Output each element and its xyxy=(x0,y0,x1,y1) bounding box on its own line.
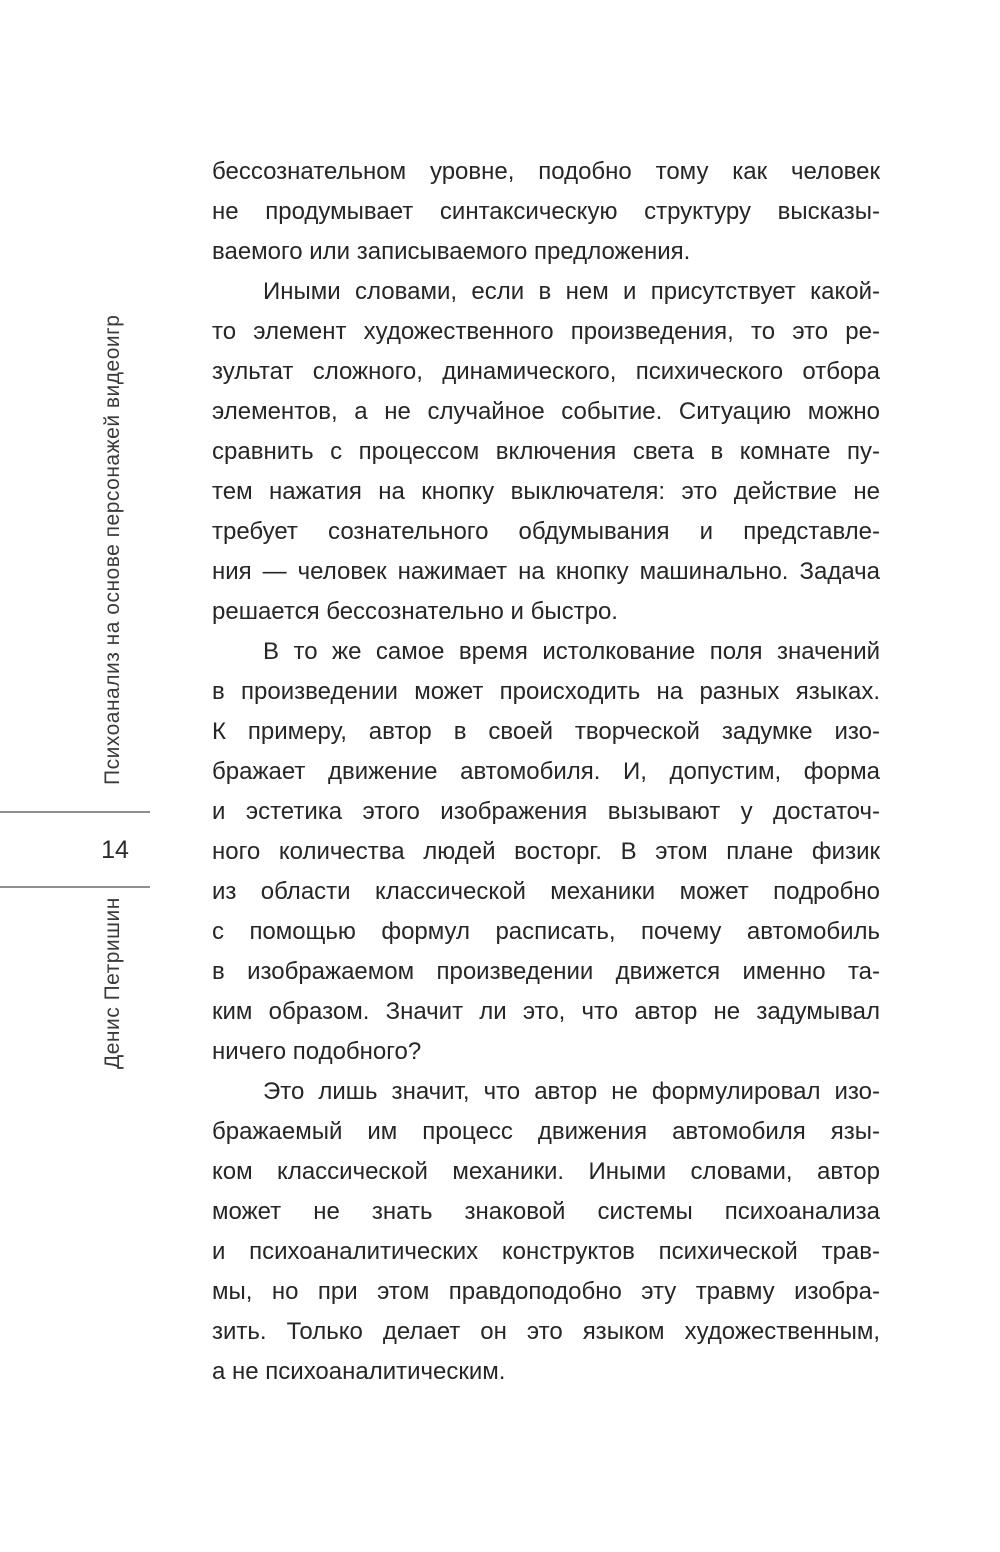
book-page: Психоанализ на основе персонажей видеоиг… xyxy=(0,0,1000,1552)
text-line: ком классической механики. Иными словами… xyxy=(212,1152,880,1192)
text-line: зить. Только делает он это языком художе… xyxy=(212,1312,880,1352)
text-line: ким образом. Значит ли это, что автор не… xyxy=(212,992,880,1032)
text-line: и эстетика этого изображения вызывают у … xyxy=(212,792,880,832)
paragraph: В то же самое время истолкование поля зн… xyxy=(212,632,880,1072)
text-line: тем нажатия на кнопку выключателя: это д… xyxy=(212,472,880,512)
text-line: Это лишь значит, что автор не формулиров… xyxy=(212,1072,880,1112)
text-line: мы, но при этом правдоподобно эту травму… xyxy=(212,1272,880,1312)
text-line: ваемого или записываемого предложения. xyxy=(212,232,880,272)
text-line: бражает движение автомобиля. И, допустим… xyxy=(212,752,880,792)
text-line: Иными словами, если в нем и присутствует… xyxy=(212,272,880,312)
running-head-author: Денис Петришин xyxy=(98,893,128,1073)
divider-line-top xyxy=(0,811,150,813)
text-line: К примеру, автор в своей творческой заду… xyxy=(212,712,880,752)
text-line: ного количества людей восторг. В этом пл… xyxy=(212,832,880,872)
text-line: решается бессознательно и быстро. xyxy=(212,592,880,632)
text-line: бражаемый им процесс движения автомобиля… xyxy=(212,1112,880,1152)
text-line: и психоаналитических конструктов психиче… xyxy=(212,1232,880,1272)
text-line: в произведении может происходить на разн… xyxy=(212,672,880,712)
paragraph: Это лишь значит, что автор не формулиров… xyxy=(212,1072,880,1392)
text-line: из области классической механики может п… xyxy=(212,872,880,912)
text-line: зультат сложного, динамического, психиче… xyxy=(212,352,880,392)
text-line: ничего подобного? xyxy=(212,1032,880,1072)
text-line: сравнить с процессом включения света в к… xyxy=(212,432,880,472)
text-line: а не психоаналитическим. xyxy=(212,1352,880,1392)
text-line: бессознательном уровне, подобно тому как… xyxy=(212,152,880,192)
body-text: бессознательном уровне, подобно тому как… xyxy=(212,152,880,1392)
page-number: 14 xyxy=(80,835,150,865)
text-line: не продумывает синтаксическую структуру … xyxy=(212,192,880,232)
text-line: то элемент художественного произведения,… xyxy=(212,312,880,352)
text-line: в изображаемом произведении движется име… xyxy=(212,952,880,992)
running-head-book-title: Психоанализ на основе персонажей видеоиг… xyxy=(98,305,128,795)
text-line: может не знать знаковой системы психоана… xyxy=(212,1192,880,1232)
text-line: В то же самое время истолкование поля зн… xyxy=(212,632,880,672)
text-line: требует сознательного обдумывания и пред… xyxy=(212,512,880,552)
text-line: с помощью формул расписать, почему автом… xyxy=(212,912,880,952)
paragraph: Иными словами, если в нем и присутствует… xyxy=(212,272,880,632)
text-line: ния — человек нажимает на кнопку машинал… xyxy=(212,552,880,592)
divider-line-bottom xyxy=(0,886,150,888)
text-line: элементов, а не случайное событие. Ситуа… xyxy=(212,392,880,432)
paragraph: бессознательном уровне, подобно тому как… xyxy=(212,152,880,272)
